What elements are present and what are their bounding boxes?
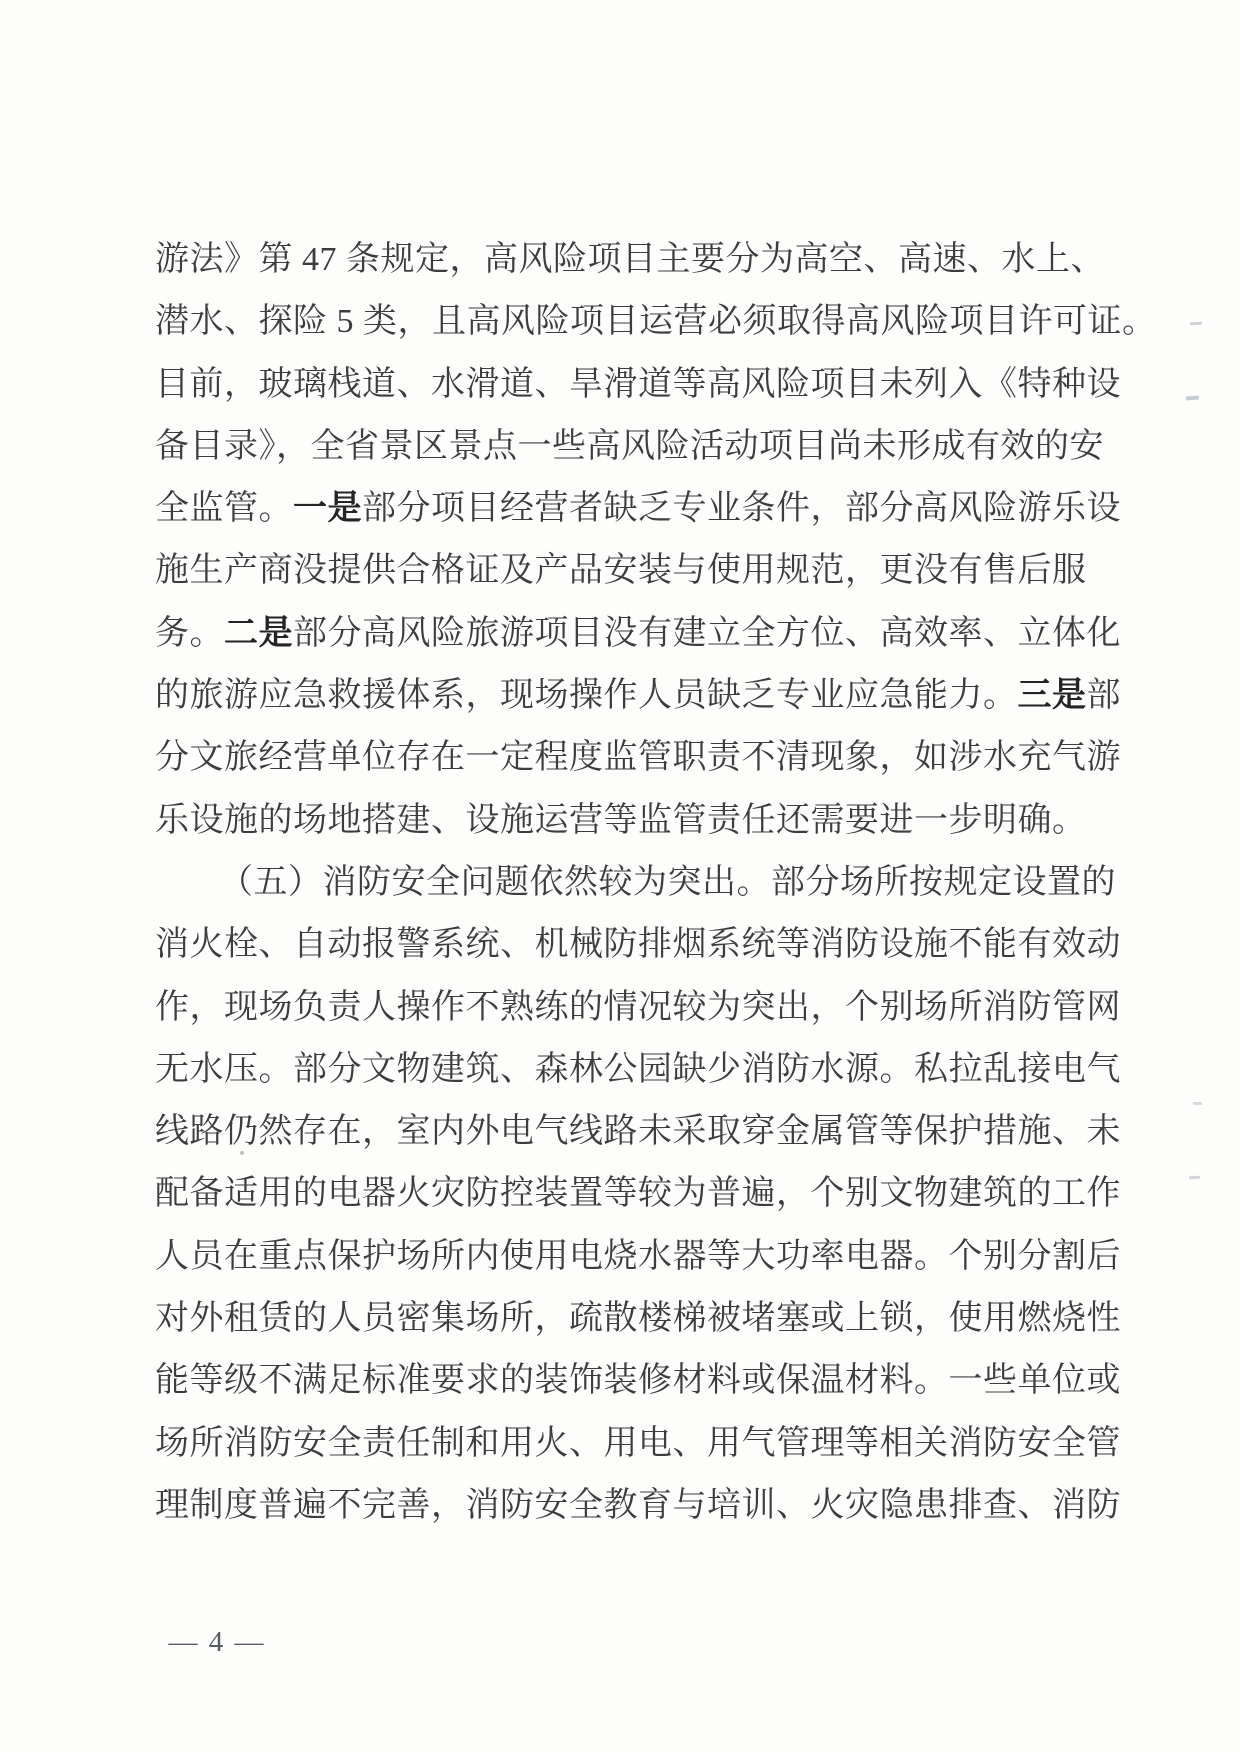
text-segment: 施生产商没提供合格证及产品安装与使用规范，更没有售后服 <box>155 552 1087 589</box>
text-segment: 作，现场负责人操作不熟练的情况较为突出，个别场所消防管网 <box>155 989 1121 1026</box>
text-line: 理制度普遍不完善，消防安全教育与培训、火灾隐患排查、消防 <box>155 1475 1080 1537</box>
text-segment: 分文旅经营单位存在一定程度监管职责不清现象，如涉水充气游 <box>155 739 1121 776</box>
scan-artifact <box>1186 396 1199 401</box>
text-segment: 务。 <box>155 615 224 652</box>
text-segment: （五）消防安全问题依然较为突出。部分场所按规定设置的 <box>219 864 1116 901</box>
text-segment: 的旅游应急救援体系，现场操作人员缺乏专业应急能力。 <box>155 677 1018 714</box>
text-segment: 理制度普遍不完善，消防安全教育与培训、火灾隐患排查、消防 <box>155 1487 1121 1524</box>
document-page: 游法》第 47 条规定，高风险项目主要分为高空、高速、水上、潜水、探险 5 类，… <box>0 0 1240 1752</box>
document-body: 游法》第 47 条规定，高风险项目主要分为高空、高速、水上、潜水、探险 5 类，… <box>155 229 1080 1537</box>
text-segment-emphasis: 一是 <box>293 490 362 527</box>
scan-artifact <box>1189 1176 1200 1180</box>
text-segment: 线路仍然存在，室内外电气线路未采取穿金属管等保护措施、未 <box>155 1113 1121 1150</box>
text-segment-emphasis: 二是 <box>224 615 293 652</box>
text-line: 配备适用的电器火灾防控装置等较为普遍，个别文物建筑的工作 <box>155 1163 1080 1225</box>
text-line: 备目录》，全省景区景点一些高风险活动项目尚未形成有效的安 <box>155 416 1080 478</box>
text-line: 线路仍然存在，室内外电气线路未采取穿金属管等保护措施、未 <box>155 1101 1080 1163</box>
text-segment: 备目录》，全省景区景点一些高风险活动项目尚未形成有效的安 <box>155 428 1104 465</box>
text-line: 施生产商没提供合格证及产品安装与使用规范，更没有售后服 <box>155 540 1080 602</box>
text-line: （五）消防安全问题依然较为突出。部分场所按规定设置的 <box>155 852 1080 914</box>
page-number: — 4 — <box>157 1626 277 1659</box>
text-segment: 无水压。部分文物建筑、森林公园缺少消防水源。私拉乱接电气 <box>155 1051 1121 1088</box>
text-line: 全监管。一是部分项目经营者缺乏专业条件，部分高风险游乐设 <box>155 478 1080 540</box>
text-segment: 游法》第 47 条规定，高风险项目主要分为高空、高速、水上、 <box>155 241 1105 278</box>
text-line: 游法》第 47 条规定，高风险项目主要分为高空、高速、水上、 <box>155 229 1080 291</box>
text-segment: 部 <box>1087 677 1122 714</box>
text-line: 务。二是部分高风险旅游项目没有建立全方位、高效率、立体化 <box>155 603 1080 665</box>
text-line: 乐设施的场地搭建、设施运营等监管责任还需要进一步明确。 <box>155 790 1080 852</box>
text-line: 无水压。部分文物建筑、森林公园缺少消防水源。私拉乱接电气 <box>155 1039 1080 1101</box>
text-segment: 配备适用的电器火灾防控装置等较为普遍，个别文物建筑的工作 <box>155 1175 1121 1212</box>
text-segment: 全监管。 <box>155 490 293 527</box>
text-line: 对外租赁的人员密集场所，疏散楼梯被堵塞或上锁，使用燃烧性 <box>155 1288 1080 1350</box>
text-line: 场所消防安全责任制和用火、用电、用气管理等相关消防安全管 <box>155 1413 1080 1475</box>
text-line: 作，现场负责人操作不熟练的情况较为突出，个别场所消防管网 <box>155 977 1080 1039</box>
text-line: 能等级不满足标准要求的装饰装修材料或保温材料。一些单位或 <box>155 1350 1080 1412</box>
text-line: 人员在重点保护场所内使用电烧水器等大功率电器。个别分割后 <box>155 1226 1080 1288</box>
text-segment: 部分项目经营者缺乏专业条件，部分高风险游乐设 <box>362 490 1121 527</box>
scan-artifact <box>1193 1102 1202 1105</box>
text-segment: 场所消防安全责任制和用火、用电、用气管理等相关消防安全管 <box>155 1425 1121 1462</box>
text-segment: 能等级不满足标准要求的装饰装修材料或保温材料。一些单位或 <box>155 1362 1121 1399</box>
text-line: 消火栓、自动报警系统、机械防排烟系统等消防设施不能有效动 <box>155 914 1080 976</box>
text-segment: 部分高风险旅游项目没有建立全方位、高效率、立体化 <box>293 615 1121 652</box>
text-segment: 消火栓、自动报警系统、机械防排烟系统等消防设施不能有效动 <box>155 926 1121 963</box>
scan-artifact <box>1190 322 1202 326</box>
text-segment-emphasis: 三是 <box>1018 677 1087 714</box>
text-line: 的旅游应急救援体系，现场操作人员缺乏专业应急能力。三是部 <box>155 665 1080 727</box>
text-segment: 乐设施的场地搭建、设施运营等监管责任还需要进一步明确。 <box>155 802 1087 839</box>
text-segment: 对外租赁的人员密集场所，疏散楼梯被堵塞或上锁，使用燃烧性 <box>155 1300 1121 1337</box>
text-segment: 目前，玻璃栈道、水滑道、旱滑道等高风险项目未列入《特种设 <box>155 366 1121 403</box>
text-line: 目前，玻璃栈道、水滑道、旱滑道等高风险项目未列入《特种设 <box>155 354 1080 416</box>
text-segment: 人员在重点保护场所内使用电烧水器等大功率电器。个别分割后 <box>155 1238 1121 1275</box>
text-segment: 潜水、探险 5 类，且高风险项目运营必须取得高风险项目许可证。 <box>155 303 1157 340</box>
scan-speck <box>240 1151 244 1155</box>
text-line: 分文旅经营单位存在一定程度监管职责不清现象，如涉水充气游 <box>155 727 1080 789</box>
text-line: 潜水、探险 5 类，且高风险项目运营必须取得高风险项目许可证。 <box>155 291 1080 353</box>
